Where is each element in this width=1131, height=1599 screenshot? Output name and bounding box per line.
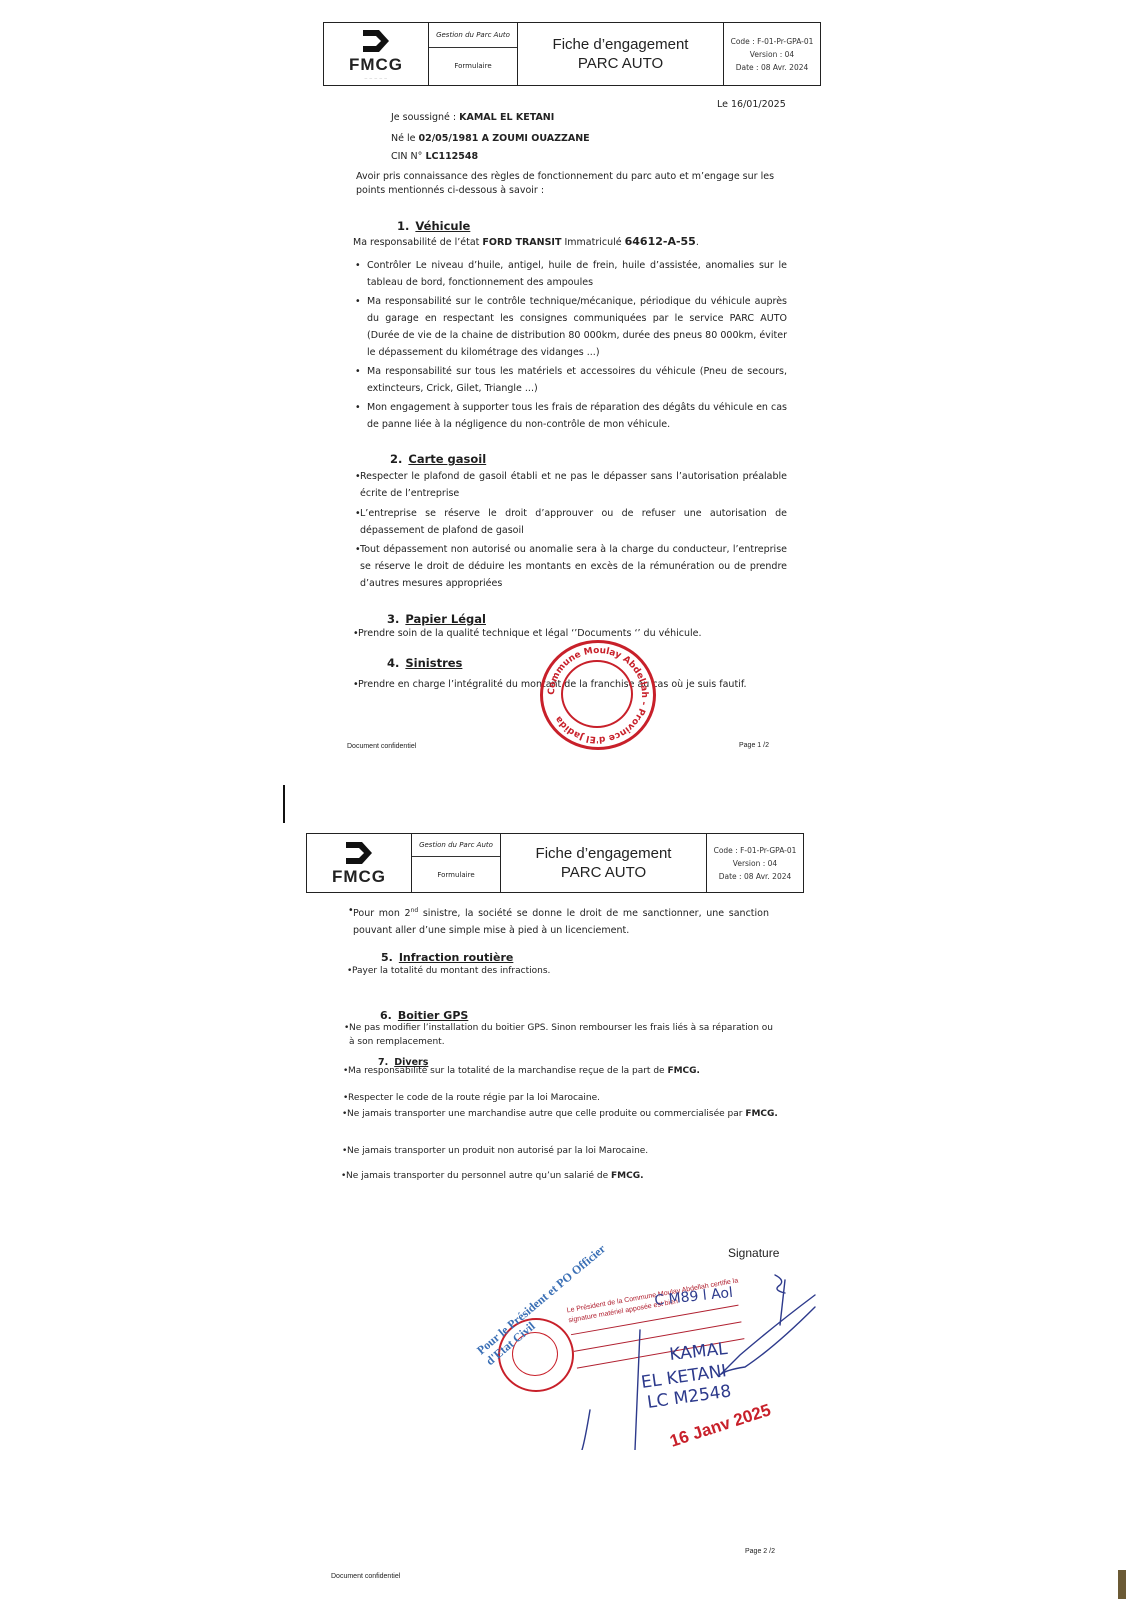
logo-arrow-icon — [359, 28, 393, 54]
company-logo: FMCG — [307, 834, 412, 892]
footer-confidential: Document confidentiel — [331, 1573, 400, 1580]
list-item: •Ma responsabilité sur la totalité de la… — [348, 1063, 772, 1080]
header-meta: Code : F-01-Pr-GPA-01 Version : 04 Date … — [707, 834, 803, 892]
signature-label: Signature — [728, 1246, 779, 1260]
list-item: •Ma responsabilité sur tous les matériel… — [367, 363, 787, 397]
vehicle-model: FORD TRANSIT — [482, 237, 561, 248]
list-item: •Respecter le code de la route régie par… — [348, 1090, 772, 1107]
list-item: •Mon engagement à supporter tous les fra… — [367, 399, 787, 433]
logo-text: FMCG — [349, 55, 403, 75]
vehicle-plate: 64612-A-55 — [625, 235, 696, 248]
list-item: •Ma responsabilité sur le contrôle techn… — [367, 293, 787, 361]
employee-name: KAMAL EL KETANI — [459, 112, 554, 123]
identity-birth-line: Né le 02/05/1981 A ZOUMI OUAZZANE — [391, 130, 590, 147]
scan-edge-mark — [283, 785, 285, 823]
svg-text:Commune Moulay Abdellah - Prov: Commune Moulay Abdellah - Province d'El … — [547, 646, 649, 744]
letter-date: Le 16/01/2025 — [717, 96, 786, 113]
logo-arrow-icon — [342, 840, 376, 866]
page-number: Page 2 /2 — [745, 1548, 775, 1555]
page-2: FMCG Gestion du Parc Auto Formulaire Fic… — [0, 800, 1131, 1599]
vehicle-line: Ma responsabilité de l’état FORD TRANSIT… — [353, 233, 699, 251]
list-item: •Ne pas modifier l’installation du boiti… — [349, 1021, 773, 1049]
section-2-title: 2.Carte gasoil — [390, 452, 486, 466]
list-item: •Respecter le plafond de gasoil établi e… — [360, 468, 787, 502]
doc-version: Version : 04 — [750, 48, 794, 61]
document-header: FMCG — — — — — Gestion du Parc Auto Form… — [323, 22, 821, 86]
commune-stamp: Commune Moulay Abdellah - Province d'El … — [540, 640, 656, 750]
header-meta: Code : F-01-Pr-GPA-01 Version : 04 Date … — [724, 23, 820, 85]
header-title: Fiche d’engagement PARC AUTO — [501, 834, 707, 892]
title-line-1: Fiche d’engagement — [553, 35, 689, 54]
identity-cin-line: CIN N° LC112548 — [391, 148, 478, 165]
list-item: •L’entreprise se réserve le droit d’appr… — [360, 505, 787, 539]
title-line-1: Fiche d’engagement — [536, 844, 672, 863]
page-number: Page 1 /2 — [739, 742, 769, 749]
intro-paragraph: Avoir pris connaissance des règles de fo… — [356, 170, 788, 198]
list-item: •Ne jamais transporter une marchandise a… — [347, 1107, 779, 1121]
list-item: •Ne jamais transporter du personnel autr… — [346, 1168, 770, 1185]
logo-text: FMCG — [332, 867, 386, 887]
birth-date: 02/05/1981 — [418, 133, 478, 144]
title-line-2: PARC AUTO — [561, 863, 646, 882]
document-header: FMCG Gestion du Parc Auto Formulaire Fic… — [306, 833, 804, 893]
list-item: •Ne jamais transporter un produit non au… — [347, 1143, 771, 1160]
scan-edge-mark — [1118, 1570, 1126, 1599]
doc-version: Version : 04 — [733, 857, 777, 870]
header-department: Gestion du Parc Auto — [429, 23, 517, 48]
section-3-title: 3.Papier Légal — [387, 612, 486, 626]
identity-name-line: Je soussigné : KAMAL EL KETANI — [391, 109, 554, 126]
doc-code: Code : F-01-Pr-GPA-01 — [714, 844, 797, 857]
section-1-title: 1.Véhicule — [397, 219, 470, 233]
header-doc-type: Formulaire — [412, 857, 500, 892]
list-item: •Prendre soin de la qualité technique et… — [358, 625, 788, 642]
page-1: FMCG — — — — — Gestion du Parc Auto Form… — [0, 0, 1131, 790]
header-title: Fiche d’engagement PARC AUTO — [518, 23, 724, 85]
list-item: •Tout dépassement non autorisé ou anomal… — [360, 541, 787, 592]
doc-date: Date : 08 Avr. 2024 — [719, 870, 792, 883]
section-4-title: 4.Sinistres — [387, 656, 462, 670]
list-item: •Contrôler Le niveau d’huile, antigel, h… — [367, 257, 787, 291]
list-item: •Pour mon 2nd sinistre, la société se do… — [353, 902, 769, 939]
company-logo: FMCG — — — — — — [324, 23, 429, 85]
header-doc-type: Formulaire — [429, 48, 517, 85]
title-line-2: PARC AUTO — [578, 54, 663, 73]
header-department: Gestion du Parc Auto — [412, 834, 500, 857]
doc-date: Date : 08 Avr. 2024 — [736, 61, 809, 74]
doc-code: Code : F-01-Pr-GPA-01 — [731, 35, 814, 48]
logo-tagline: — — — — — — [364, 76, 387, 80]
cin-number: LC112548 — [425, 151, 478, 162]
svg-text:C M89 l Aol: C M89 l Aol — [654, 1285, 734, 1309]
footer-confidential: Document confidentiel — [347, 743, 416, 750]
list-item: •Payer la totalité du montant des infrac… — [352, 963, 768, 980]
